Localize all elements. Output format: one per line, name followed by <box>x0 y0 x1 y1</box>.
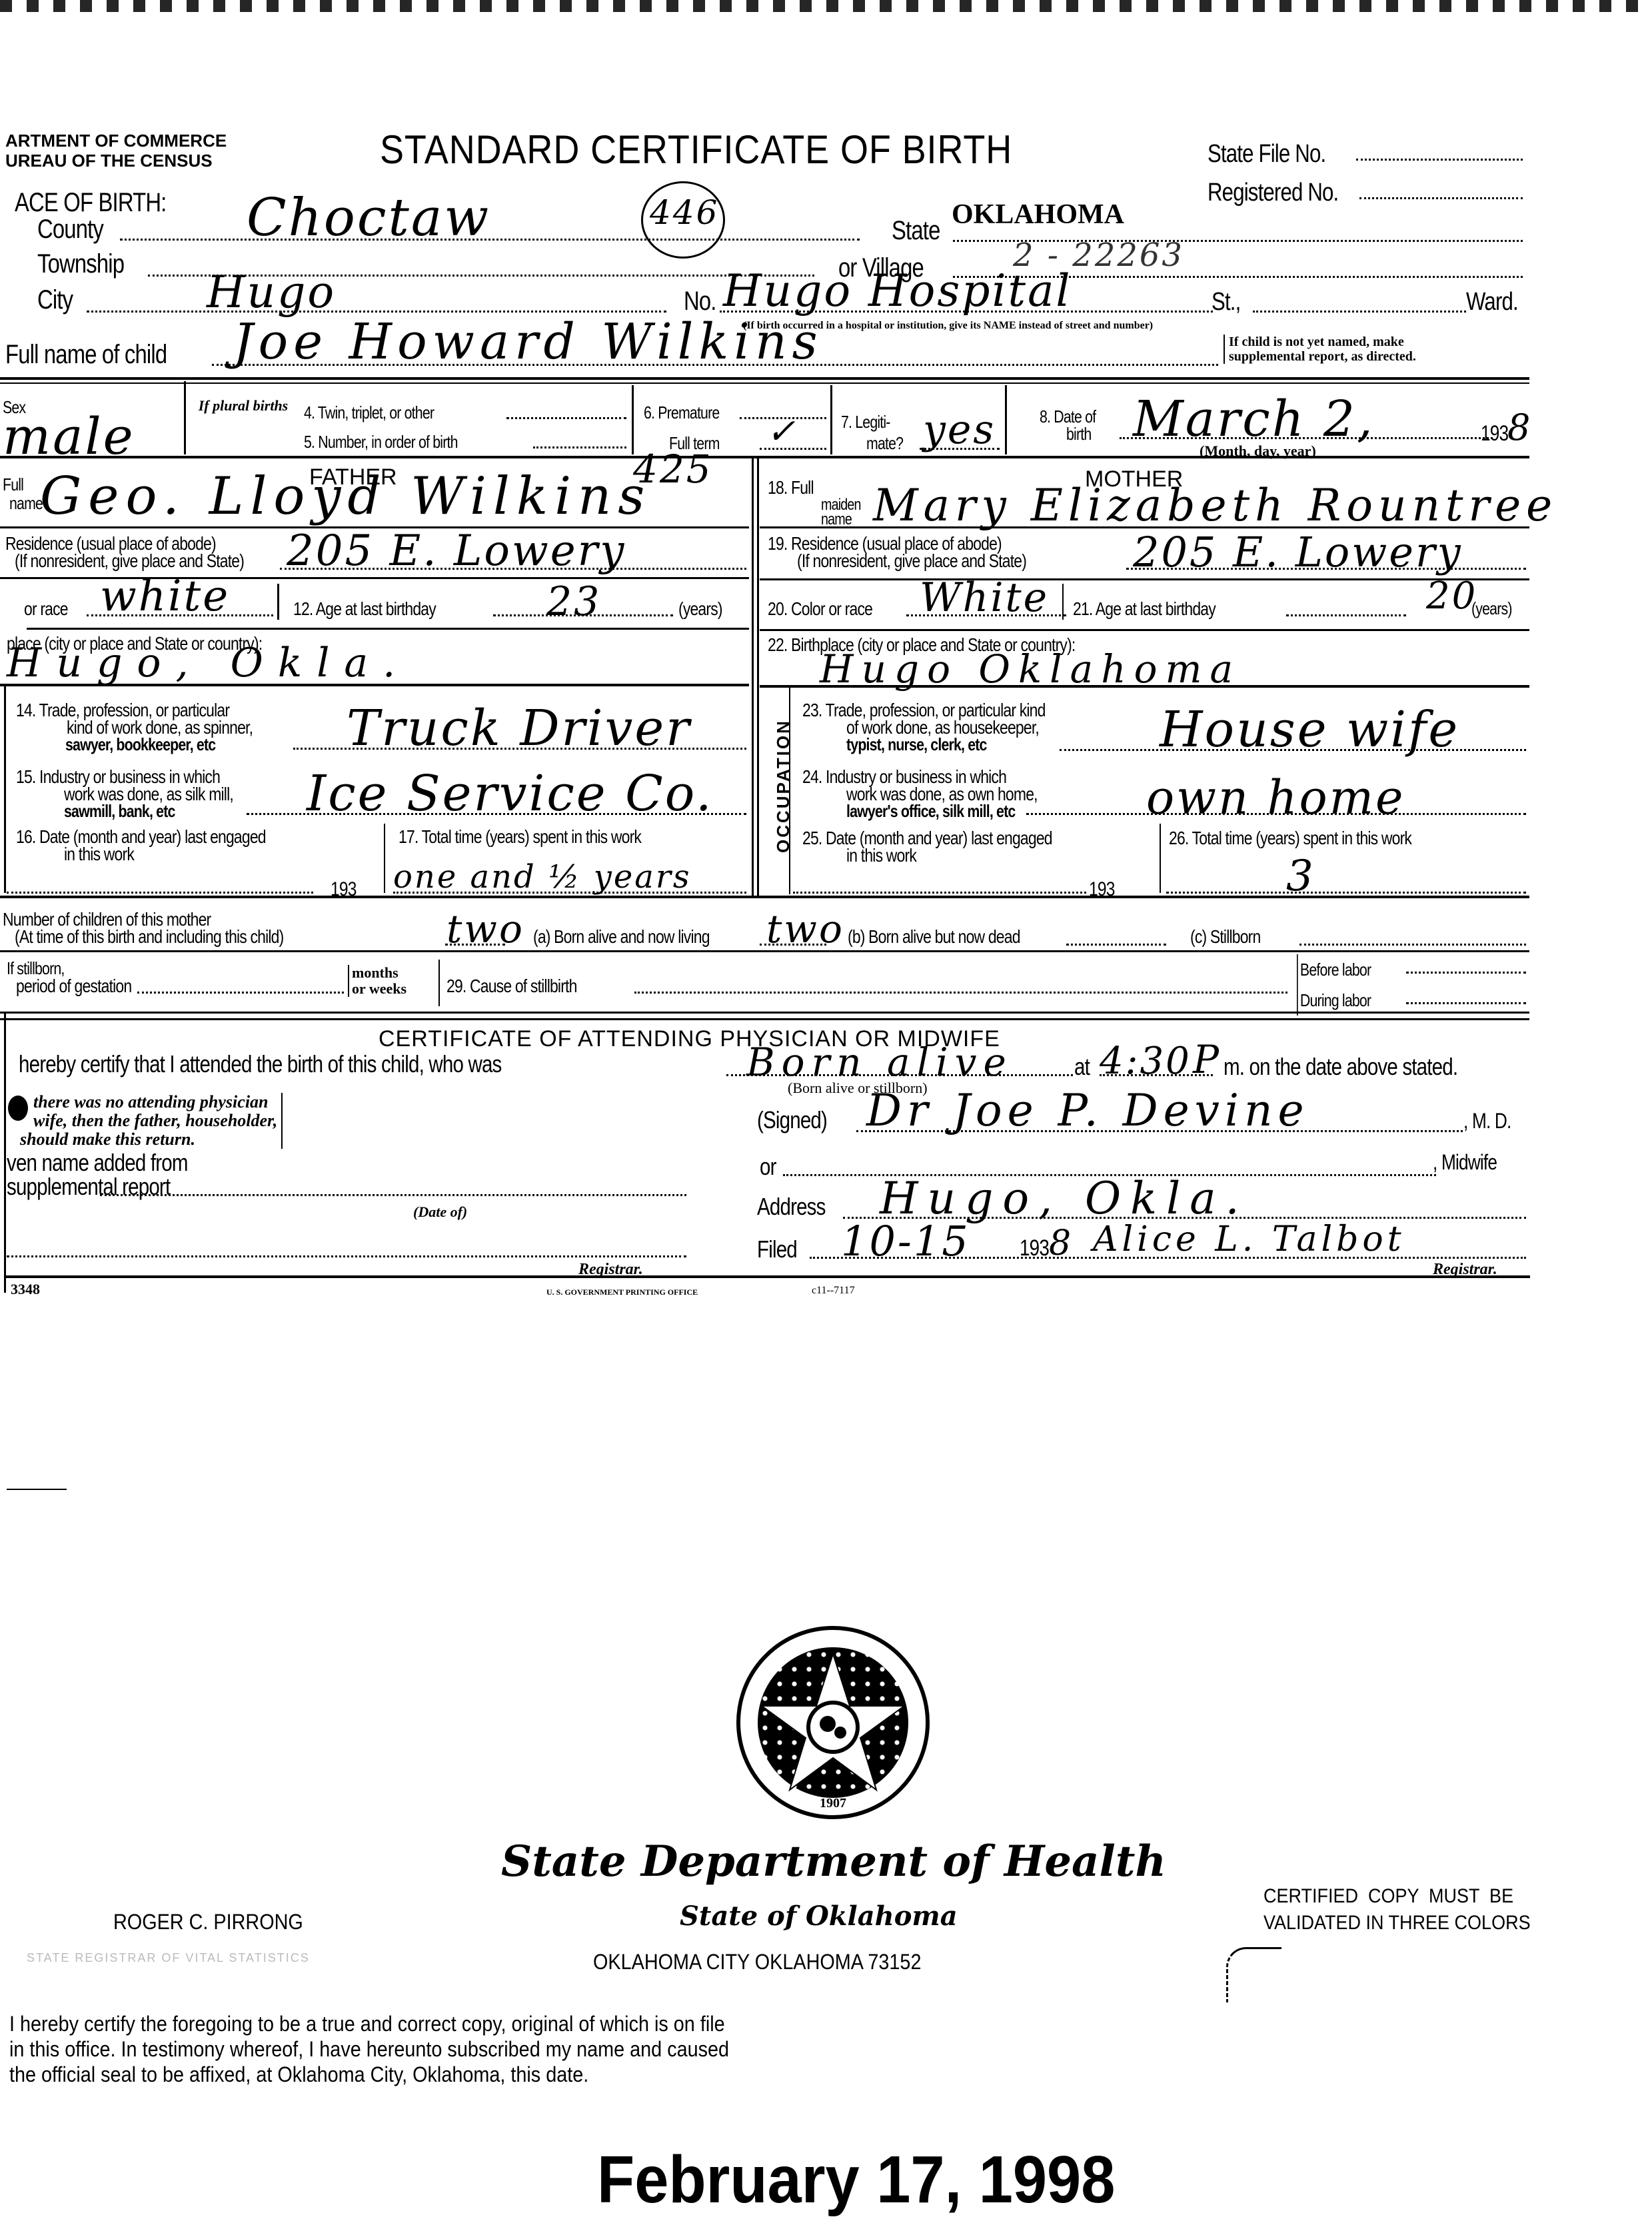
note-line-3: should make this return. <box>13 1130 277 1149</box>
star-icon <box>758 1647 908 1798</box>
divider <box>184 381 186 454</box>
column-divider <box>752 457 754 897</box>
divider <box>0 896 1529 898</box>
twin-field[interactable] <box>506 417 626 419</box>
child-name-label: Full name of child <box>5 340 167 370</box>
divider <box>1005 385 1007 454</box>
statement-line-1: I hereby certify the foregoing to be a t… <box>9 2011 729 2036</box>
date-of-label: (Date of) <box>413 1203 467 1221</box>
issue-date: February 17, 1998 <box>597 2142 1115 2218</box>
father-annotation: 425 <box>633 446 713 492</box>
filed-registrar-signature: Alice L. Talbot <box>1093 1219 1405 1259</box>
father-trade-label-3: sawyer, bookkeeper, etc <box>65 734 215 755</box>
dob-label-2: birth <box>1066 424 1091 444</box>
printer-label: U. S. GOVERNMENT PRINTING OFFICE <box>546 1287 698 1297</box>
birth-time-value: 4:30 <box>1100 1040 1192 1083</box>
hospital-value: Hugo Hospital <box>723 265 1072 317</box>
gestation-field[interactable] <box>137 992 344 994</box>
scan-edge-artifact <box>0 0 1652 12</box>
legitimate-value: yes <box>923 406 996 453</box>
children-count-value: two <box>446 906 524 952</box>
months-weeks: months or weeks <box>348 965 407 997</box>
father-birthplace-value: Hugo, Okla. <box>7 640 410 686</box>
stillborn-field[interactable] <box>1299 944 1526 946</box>
divider <box>0 1012 1529 1014</box>
divider <box>0 1018 1529 1020</box>
father-age-unit: (years) <box>678 598 722 620</box>
at-label: at <box>1074 1053 1090 1081</box>
signed-label: (Signed) <box>757 1106 827 1134</box>
certificate-title: STANDARD CERTIFICATE OF BIRTH <box>380 127 1012 173</box>
note-line-1: there was no attending physician <box>13 1093 277 1112</box>
agency-header: ARTMENT OF COMMERCE UREAU OF THE CENSUS <box>5 131 227 171</box>
father-industry-label-3: sawmill, bank, etc <box>64 801 175 822</box>
mother-total-time-label: 26. Total time (years) spent in this wor… <box>1169 828 1411 849</box>
legitimate-label-1: 7. Legiti- <box>841 412 890 432</box>
mother-total-time-field[interactable] <box>1166 892 1526 894</box>
state-value: OKLAHOMA <box>952 199 1124 231</box>
agency-line-1: ARTMENT OF COMMERCE <box>5 131 227 151</box>
number-order-label: 5. Number, in order of birth <box>304 432 458 452</box>
mother-name-label-1: 18. Full <box>768 477 814 498</box>
no-physician-note: there was no attending physician wife, t… <box>13 1093 283 1149</box>
mother-industry-label-3: lawyer's office, silk mill, etc <box>846 801 1015 822</box>
agency-line-2: UREAU OF THE CENSUS <box>5 151 227 171</box>
township-label: Township <box>37 249 124 279</box>
department-address: OKLAHOMA CITY OKLAHOMA 73152 <box>593 1950 921 1974</box>
premature-label: 6. Premature <box>644 402 719 423</box>
mother-race-value: White <box>920 574 1049 621</box>
alive-living-label: (a) Born alive and now living <box>533 926 710 948</box>
mother-residence-value: 205 E. Lowery <box>1133 528 1463 576</box>
father-race-value: white <box>100 572 230 621</box>
divider <box>4 1013 6 1293</box>
city-value: Hugo <box>207 267 336 318</box>
cause-stillbirth-field[interactable] <box>634 992 1287 994</box>
filed-label: Filed <box>757 1235 797 1263</box>
during-labor-field[interactable] <box>1406 1002 1526 1004</box>
father-industry-value: Ice Service Co. <box>307 765 713 822</box>
validation-line-1: CERTIFIED COPY MUST BE <box>1263 1883 1531 1910</box>
form-number: 3348 <box>11 1281 40 1298</box>
divider <box>27 628 749 630</box>
number-order-field[interactable] <box>533 446 626 448</box>
father-age-label: 12. Age at last birthday <box>293 598 436 620</box>
county-value: Choctaw <box>247 188 490 248</box>
no-label: No. <box>684 287 716 317</box>
alive-dead-label: (b) Born alive but now dead <box>848 926 1020 948</box>
mother-race-label: 20. Color or race <box>768 598 872 620</box>
divider <box>0 950 1529 952</box>
county-code: 446 <box>650 193 719 232</box>
dob-value: March 2, <box>1133 390 1375 448</box>
weeks-label: or weeks <box>352 981 407 997</box>
street-label: St., <box>1212 288 1240 317</box>
legitimate-label-2: mate? <box>866 433 903 454</box>
mother-name-value: Mary Elizabeth Rountree <box>873 480 1557 531</box>
mother-age-unit: (years) <box>1471 598 1512 619</box>
place-of-birth-label: ACE OF BIRTH: <box>15 188 166 218</box>
mother-last-engaged-field[interactable] <box>793 892 1086 894</box>
column-divider <box>757 457 759 897</box>
filed-year-suffix: 8 <box>1049 1223 1073 1263</box>
state-file-no-label: State File No. <box>1208 140 1325 169</box>
registered-no-field[interactable] <box>1359 197 1523 199</box>
divider <box>277 584 279 620</box>
city-field[interactable] <box>87 311 666 313</box>
mother-industry-value: own home <box>1146 770 1405 825</box>
father-total-time-value: one and ½ years <box>393 858 692 896</box>
divider <box>760 578 1529 580</box>
divider <box>1160 824 1161 893</box>
stillborn-gestation-label-2: period of gestation <box>16 976 131 997</box>
mother-age-label: 21. Age at last birthday <box>1073 598 1216 620</box>
divider <box>4 686 6 893</box>
father-name-label-2: name <box>9 493 43 514</box>
seal-year: 1907 <box>740 1796 926 1811</box>
mother-age-field[interactable] <box>1286 614 1406 616</box>
note-line-2: wife, then the father, householder, <box>13 1112 277 1130</box>
scan-mark <box>7 1489 67 1490</box>
father-last-engaged-label-1: 16. Date (month and year) last engaged <box>16 826 266 848</box>
father-name-label-1: Full <box>3 474 23 495</box>
registrar-name: ROGER C. PIRRONG <box>113 1910 303 1934</box>
ampm-value: P <box>1193 1037 1221 1082</box>
registered-no-label: Registered No. <box>1208 179 1338 207</box>
state-seal: 1907 <box>736 1626 930 1819</box>
mother-last-engaged-label-1: 25. Date (month and year) last engaged <box>802 828 1052 849</box>
validation-line-2: VALIDATED IN THREE COLORS <box>1263 1910 1531 1936</box>
given-name-label-2: supplemental report <box>7 1173 170 1201</box>
state-title: State of Oklahoma <box>680 1900 958 1932</box>
unnamed-note-1: If child is not yet named, make <box>1229 335 1416 349</box>
county-label: County <box>37 215 103 245</box>
divider <box>438 960 440 1006</box>
father-age-value: 23 <box>546 578 601 625</box>
father-last-engaged-field[interactable] <box>7 892 313 894</box>
city-label: City <box>37 285 73 315</box>
father-residence-label-2: (If nonresident, give place and State) <box>15 550 244 572</box>
statement-line-2: in this office. In testimony whereof, I … <box>9 2036 729 2062</box>
mother-last-engaged-label-2: in this work <box>846 845 916 866</box>
divider <box>760 685 1529 688</box>
divider <box>830 385 832 454</box>
unnamed-note-2: supplemental report, as directed. <box>1229 349 1416 364</box>
father-trade-value: Truck Driver <box>347 700 692 757</box>
child-name-value: Joe Howard Wilkins <box>233 313 823 371</box>
divider <box>632 385 634 454</box>
occupation-side-label: OCCUPATION <box>773 719 794 853</box>
father-name-value: Geo. Lloyd Wilkins <box>40 466 651 526</box>
department-title: State Department of Health <box>501 1837 1166 1886</box>
father-residence-value: 205 E. Lowery <box>287 526 626 576</box>
born-status-value: Born alive <box>746 1040 1013 1085</box>
validation-notice: CERTIFIED COPY MUST BE VALIDATED IN THRE… <box>1263 1883 1531 1936</box>
state-label: State <box>892 216 940 246</box>
divider <box>1062 584 1064 620</box>
address-label: Address <box>757 1193 826 1221</box>
registrar-title: STATE REGISTRAR OF VITAL STATISTICS <box>27 1951 310 1965</box>
filed-year-prefix: 193 <box>1020 1235 1049 1261</box>
alive-living-value: two <box>766 906 844 952</box>
mother-trade-label-3: typist, nurse, clerk, etc <box>846 734 987 755</box>
months-label: months <box>352 965 407 981</box>
divider <box>384 824 385 893</box>
before-labor-field[interactable] <box>1406 972 1526 974</box>
divider <box>760 629 1529 631</box>
left-registrar-field[interactable] <box>7 1255 686 1257</box>
signature-value: Dr Joe P. Devine <box>866 1085 1309 1136</box>
certification-statement: I hereby certify the foregoing to be a t… <box>9 2011 729 2087</box>
certify-text: hereby certify that I attended the birth… <box>19 1050 501 1078</box>
mother-total-time-value: 3 <box>1286 852 1315 901</box>
divider <box>0 456 1529 458</box>
alive-dead-field[interactable] <box>1066 944 1166 946</box>
md-label: , M. D. <box>1463 1109 1511 1133</box>
street-field[interactable] <box>1253 311 1466 313</box>
father-total-time-label: 17. Total time (years) spent in this wor… <box>399 826 641 848</box>
mother-residence-label-2: (If nonresident, give place and State) <box>797 550 1026 572</box>
cause-stillbirth-label: 29. Cause of stillbirth <box>446 976 577 997</box>
validation-stamp-mark <box>1226 1947 1281 2002</box>
divider <box>4 1275 1530 1278</box>
filed-date-value: 10-15 <box>841 1217 970 1265</box>
given-name-date-field[interactable] <box>100 1194 686 1196</box>
print-code: c11--7117 <box>812 1285 855 1297</box>
mother-trade-value: House wife <box>1160 701 1459 758</box>
full-term-check: ✓ <box>766 412 798 452</box>
unnamed-note: If child is not yet named, make suppleme… <box>1224 335 1416 364</box>
mother-age-value: 20 <box>1426 574 1477 618</box>
statement-line-3: the official seal to be affixed, at Okla… <box>9 2062 729 2087</box>
midwife-label: , Midwife <box>1433 1150 1497 1175</box>
or-label: or <box>760 1153 776 1181</box>
children-count-label-2: (At time of this birth and including thi… <box>15 926 283 948</box>
labor-bracket: Before labor During labor <box>1297 954 1371 1016</box>
divider <box>0 684 749 686</box>
seal-star-field <box>758 1647 908 1798</box>
twin-label: 4. Twin, triplet, or other <box>304 402 434 423</box>
father-race-label: or race <box>24 598 68 620</box>
before-labor-label: Before labor <box>1300 954 1371 985</box>
father-last-engaged-label-2: in this work <box>64 844 134 865</box>
stillborn-label: (c) Stillborn <box>1190 926 1260 948</box>
date-suffix: m. on the date above stated. <box>1224 1053 1457 1081</box>
plural-births-label: If plural births <box>193 397 293 414</box>
state-file-no-field[interactable] <box>1356 159 1523 161</box>
divider <box>0 377 1529 380</box>
ward-label: Ward. <box>1466 288 1518 317</box>
dob-year-prefix: 193 <box>1481 421 1508 446</box>
dob-year-suffix: 8 <box>1507 406 1532 448</box>
hole-punch-mark <box>8 1096 28 1121</box>
divider <box>0 382 1529 384</box>
